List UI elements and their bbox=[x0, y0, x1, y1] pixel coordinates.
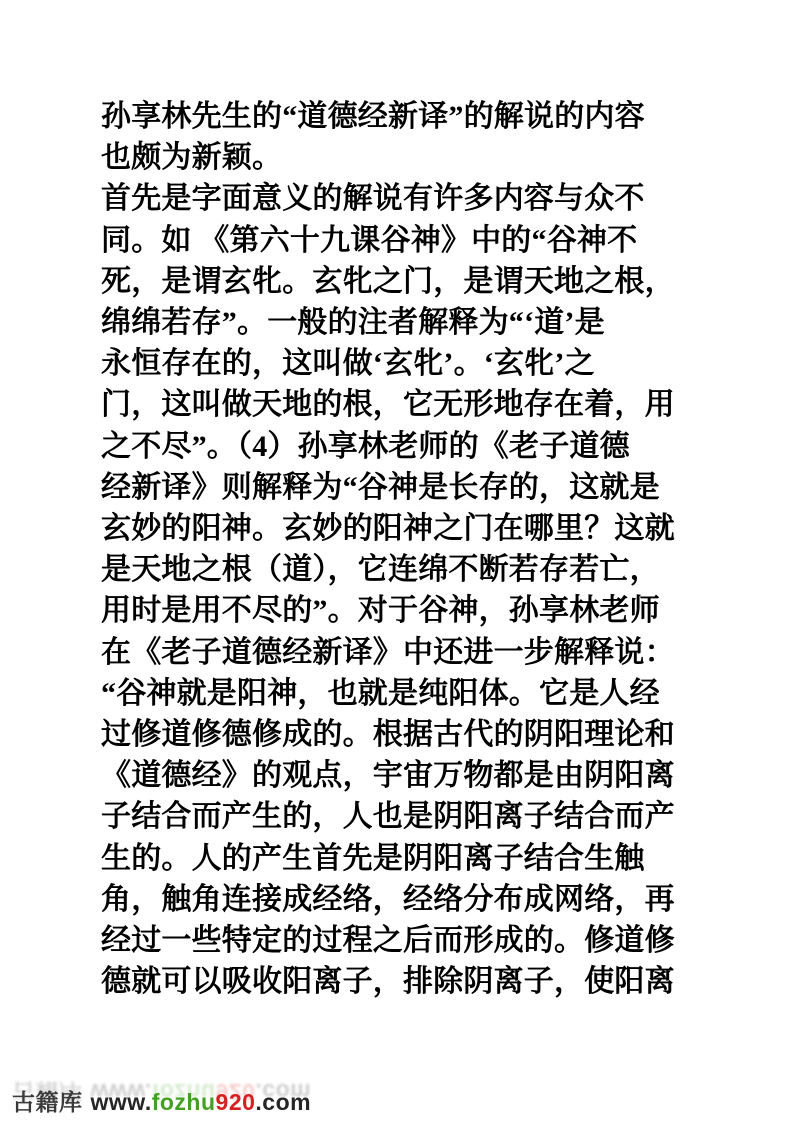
text-line: 《道德经》的观点，宇宙万物都是由阴阳离 bbox=[101, 755, 701, 796]
text-line: 子结合而产生的，人也是阴阳离子结合而产 bbox=[101, 796, 701, 837]
text-line: 在《老子道德经新译》中还进一步解释说： bbox=[101, 632, 701, 673]
text-line: 用时是用不尽的”。对于谷神，孙享林老师 bbox=[101, 590, 701, 631]
text-line: 经过一些特定的过程之后而形成的。修道修 bbox=[101, 920, 701, 961]
text-line: 同。如 《第六十九课谷神》中的“谷神不 bbox=[101, 220, 701, 261]
text-line: 是天地之根（道），它连绵不断若存若亡， bbox=[101, 549, 701, 590]
text-line: 永恒存在的，这叫做‘玄牝’。‘玄牝’之 bbox=[101, 343, 701, 384]
body-text: 孙享林先生的“道德经新译”的解说的内容 也颇为新颖。 首先是字面意义的解说有许多… bbox=[101, 96, 701, 1002]
text-line: 德就可以吸收阳离子，排除阴离子，使阳离 bbox=[101, 961, 701, 1002]
text-line: “谷神就是阳神，也就是纯阳体。它是人经 bbox=[101, 673, 701, 714]
text-line: 经新译》则解释为“谷神是长存的，这就是 bbox=[101, 467, 701, 508]
site-watermark-reflection: 古籍库www.fozhu920.com bbox=[12, 1077, 311, 1110]
site-name-label-reflection: 古籍库 bbox=[12, 1079, 83, 1105]
document-page: 孙享林先生的“道德经新译”的解说的内容 也颇为新颖。 首先是字面意义的解说有许多… bbox=[0, 0, 793, 1122]
text-line: 孙享林先生的“道德经新译”的解说的内容 bbox=[101, 96, 701, 137]
text-line: 也颇为新颖。 bbox=[101, 137, 701, 178]
text-line: 绵绵若存”。一般的注者解释为“‘道’是 bbox=[101, 302, 701, 343]
text-line: 玄妙的阳神。玄妙的阳神之门在哪里？这就 bbox=[101, 508, 701, 549]
text-line: 过修道修德修成的。根据古代的阴阳理论和 bbox=[101, 714, 701, 755]
text-line: 之不尽”。（4）孙享林老师的《老子道德 bbox=[101, 426, 701, 467]
watermark-url-www-reflection: www. bbox=[91, 1079, 152, 1105]
text-line: 生的。人的产生首先是阴阳离子结合生触 bbox=[101, 838, 701, 879]
text-line: 角，触角连接成经络，经络分布成网络，再 bbox=[101, 879, 701, 920]
watermark-url-com-reflection: .com bbox=[255, 1079, 311, 1105]
text-line: 门，这叫做天地的根，它无形地存在着，用 bbox=[101, 384, 701, 425]
text-line: 首先是字面意义的解说有许多内容与众不 bbox=[101, 178, 701, 219]
watermark-url-920-reflection: 920 bbox=[216, 1079, 256, 1105]
text-line: 死，是谓玄牝。玄牝之门，是谓天地之根， bbox=[101, 261, 701, 302]
watermark-url-fozhu-reflection: fozhu bbox=[152, 1079, 216, 1105]
